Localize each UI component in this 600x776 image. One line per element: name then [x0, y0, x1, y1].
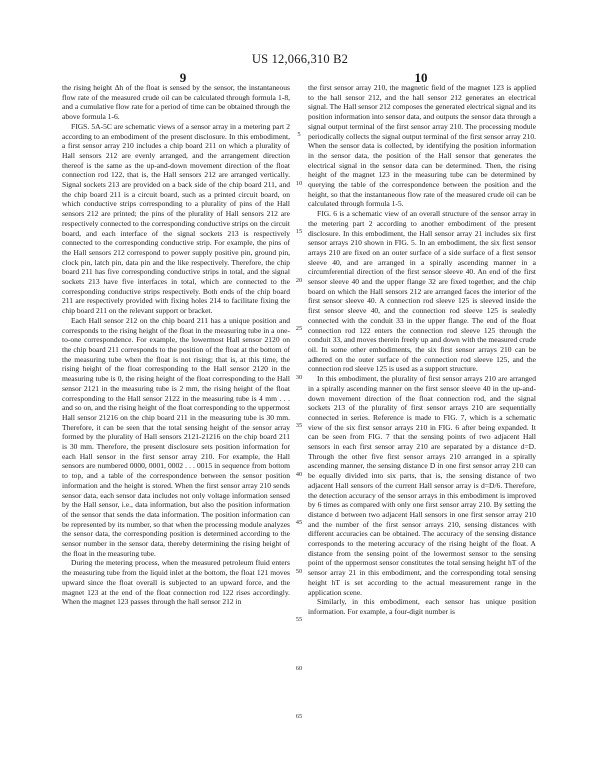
line-number: 10 [290, 180, 308, 187]
line-number: 30 [290, 374, 308, 381]
line-number: 65 [290, 713, 308, 720]
line-number: 45 [290, 519, 308, 526]
line-number: 35 [290, 422, 308, 429]
paragraph: the first sensor array 210, the magnetic… [308, 83, 536, 209]
line-number: 50 [290, 568, 308, 575]
line-number: 15 [290, 228, 308, 235]
paragraph: Each Hall sensor 212 on the chip board 2… [62, 316, 290, 559]
line-number: 25 [290, 325, 308, 332]
right-text-column: the first sensor array 210, the magnetic… [308, 83, 536, 617]
line-number: 55 [290, 616, 308, 623]
patent-number-header: US 12,066,310 B2 [0, 52, 600, 67]
line-number: 60 [290, 665, 308, 672]
paragraph: FIGS. 5A-5C are schematic views of a sen… [62, 122, 290, 316]
paragraph: During the metering process, when the me… [62, 558, 290, 607]
line-number: 5 [290, 131, 308, 138]
paragraph: FIG. 6 is a schematic view of an overall… [308, 209, 536, 374]
line-number: 20 [290, 277, 308, 284]
paragraph: In this embodiment, the plurality of fir… [308, 374, 536, 597]
paragraph: the rising height Δh of the float is sen… [62, 83, 290, 122]
left-text-column: the rising height Δh of the float is sen… [62, 83, 290, 607]
paragraph: Similarly, in this embodiment, each sens… [308, 597, 536, 616]
line-number: 40 [290, 471, 308, 478]
